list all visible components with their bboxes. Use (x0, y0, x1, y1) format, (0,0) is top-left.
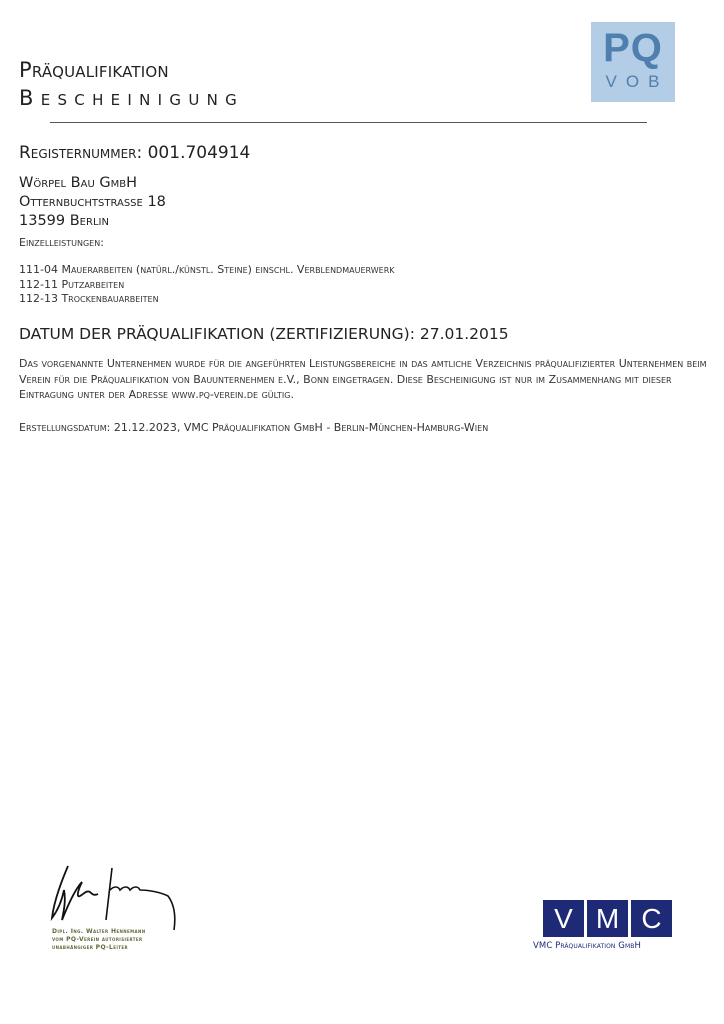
list-item: 112-11 Putzarbeiten (19, 278, 395, 293)
registration-number: Registernummer: 001.704914 (19, 143, 250, 163)
pq-vob-logo: PQ VOB (591, 22, 675, 102)
certification-date: DATUM DER PRÄQUALIFIKATION (ZERTIFIZIERU… (19, 325, 509, 343)
vmc-letter: C (631, 900, 672, 937)
signer-role-line1: vom PQ-Verein autorisierter (52, 936, 146, 944)
header-divider (50, 122, 647, 123)
vmc-logo-caption: VMC Präqualifikation GmbH (533, 941, 641, 951)
vmc-logo: V M C (543, 900, 672, 937)
certification-body: Das vorgenannte Unternehmen wurde für di… (19, 356, 709, 403)
list-item: 111-04 Mauerarbeiten (natürl./künstl. St… (19, 263, 395, 278)
services-heading: Einzelleistungen: (19, 236, 104, 249)
services-list: 111-04 Mauerarbeiten (natürl./künstl. St… (19, 263, 395, 307)
company-address: Wörpel Bau GmbH Otternbuchtstrasse 18 13… (19, 174, 166, 231)
document-subtitle: Bescheinigung (19, 86, 244, 110)
vmc-letter: M (587, 900, 628, 937)
company-name: Wörpel Bau GmbH (19, 174, 166, 193)
document-title: Präqualifikation (19, 58, 169, 82)
logo-top-text: PQ (591, 26, 675, 70)
company-city: 13599 Berlin (19, 212, 166, 231)
vmc-letter: V (543, 900, 584, 937)
signature-caption: Dipl. Ing. Walter Hennemann vom PQ-Verei… (52, 928, 146, 952)
signer-role-line2: unabhängiger PQ-Leiter (52, 944, 146, 952)
company-street: Otternbuchtstrasse 18 (19, 193, 166, 212)
signature-image (40, 860, 190, 932)
list-item: 112-13 Trockenbauarbeiten (19, 292, 395, 307)
signer-name: Dipl. Ing. Walter Hennemann (52, 928, 146, 936)
logo-bottom-text: VOB (599, 72, 675, 92)
creation-date: Erstellungsdatum: 21.12.2023, VMC Präqua… (19, 421, 488, 434)
